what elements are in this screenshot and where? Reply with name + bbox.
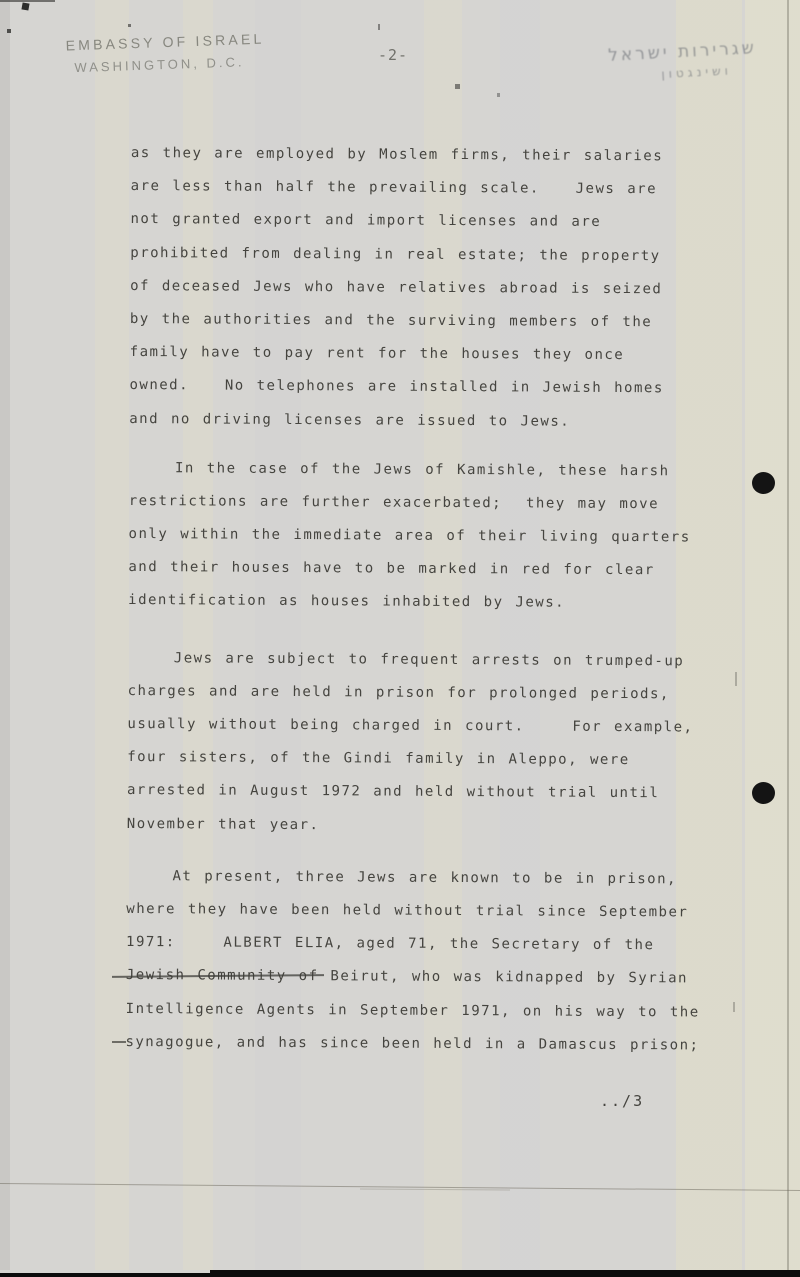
- ink-speck: [378, 24, 380, 30]
- scan-bottom-bar-thin: [0, 1270, 210, 1273]
- scan-top-edge: [0, 0, 55, 2]
- margin-mark: [735, 672, 737, 686]
- text-line: where they have been held without trial …: [126, 893, 766, 930]
- text-line: In the case of the Jews of Kamishle, the…: [129, 452, 769, 489]
- text-line: 1971: ALBERT ELIA, aged 71, the Secretar…: [126, 926, 766, 963]
- page-number: -2-: [378, 46, 408, 64]
- text-line: At present, three Jews are known to be i…: [126, 860, 766, 897]
- continuation-mark: ../3: [600, 1092, 644, 1110]
- text-line: of deceased Jews who have relatives abro…: [130, 270, 770, 307]
- punch-hole-dot: [752, 782, 775, 804]
- ink-speck: [128, 24, 131, 27]
- margin-mark: [733, 1002, 735, 1012]
- text-line: November that year.: [127, 808, 767, 845]
- paragraph-4: At present, three Jews are known to be i…: [125, 860, 766, 1063]
- text-line: and their houses have to be marked in re…: [128, 551, 768, 588]
- pen-dash-mark: [112, 1041, 126, 1043]
- text-line: charges and are held in prison for prolo…: [128, 675, 768, 712]
- ink-speck: [21, 2, 29, 10]
- text-line: owned. No telephones are installed in Je…: [129, 369, 769, 406]
- text-line: synagogue, and has since been held in a …: [125, 1026, 765, 1063]
- text-line: and no driving licenses are issued to Je…: [129, 402, 769, 439]
- text-line: Jews are subject to frequent arrests on …: [128, 642, 768, 679]
- text-line: Jewish Community of Beirut, who was kidn…: [126, 959, 766, 996]
- text-line: prohibited from dealing in real estate; …: [130, 237, 770, 274]
- paper-crease: [360, 1188, 510, 1190]
- text-line: only within the immediate area of their …: [128, 518, 768, 555]
- paragraph-2: In the case of the Jews of Kamishle, the…: [128, 452, 769, 622]
- ink-speck: [455, 84, 460, 89]
- text-line: usually without being charged in court. …: [127, 708, 767, 745]
- text-line: are less than half the prevailing scale.…: [131, 170, 771, 207]
- text-line: identification as houses inhabited by Je…: [128, 584, 768, 621]
- text-line: restrictions are further exacerbated; th…: [129, 485, 769, 522]
- ink-speck: [497, 93, 500, 97]
- paper-crease: [0, 1183, 800, 1191]
- text-line: Intelligence Agents in September 1971, o…: [126, 992, 766, 1029]
- punch-hole-dot: [752, 472, 775, 494]
- text-line: family have to pay rent for the houses t…: [130, 336, 770, 373]
- letterhead-city: WASHINGTON, D.C.: [66, 54, 265, 76]
- letterhead: EMBASSY OF ISRAEL WASHINGTON, D.C.: [65, 31, 265, 76]
- document-page: EMBASSY OF ISRAEL WASHINGTON, D.C. -2- ש…: [0, 0, 800, 1277]
- ink-speck: [7, 29, 11, 33]
- typed-body: as they are employed by Moslem firms, th…: [125, 137, 771, 1063]
- paragraph-3: Jews are subject to frequent arrests on …: [127, 642, 768, 845]
- scan-edge-shade: [0, 0, 10, 1277]
- text-line: four sisters, of the Gindi family in Ale…: [127, 741, 767, 778]
- text-line: by the authorities and the surviving mem…: [130, 303, 770, 340]
- text-line: not granted export and import licenses a…: [130, 203, 770, 240]
- text-line: as they are employed by Moslem firms, th…: [131, 137, 771, 174]
- hebrew-stamp: שגרירות ישראל ושינגטון: [587, 37, 779, 85]
- paragraph-1: as they are employed by Moslem firms, th…: [129, 137, 771, 440]
- page-edge-line: [787, 0, 789, 1277]
- text-line: arrested in August 1972 and held without…: [127, 774, 767, 811]
- letterhead-org: EMBASSY OF ISRAEL: [65, 31, 264, 54]
